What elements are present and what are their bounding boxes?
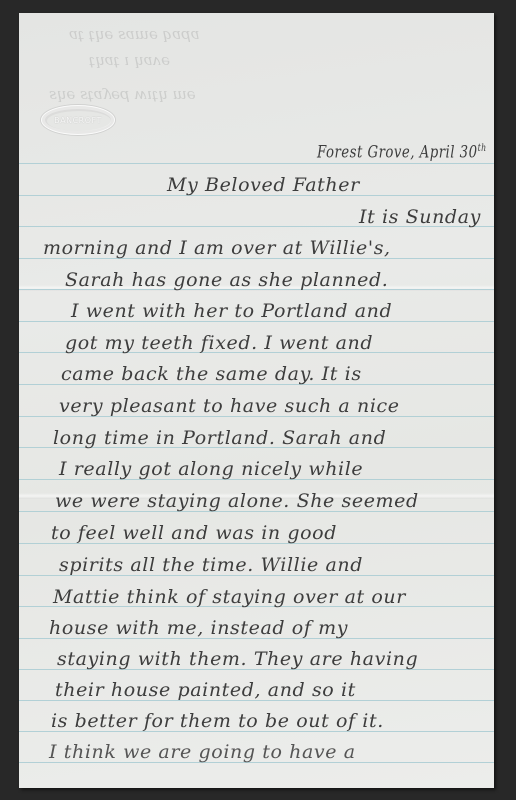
body-line: very pleasant to have such a nice (59, 397, 400, 416)
body-line: is better for them to be out of it. (51, 712, 384, 731)
body-line: we were staying alone. She seemed (55, 492, 419, 511)
body-line: I went with her to Portland and (71, 302, 392, 321)
body-line: their house painted, and so it (55, 681, 356, 700)
body-line: came back the same day. It is (61, 365, 362, 384)
body-line: Sarah has gone as she planned. (65, 271, 388, 290)
salutation: My Beloved Father (167, 176, 360, 195)
stamp-text: BANCROFT (54, 116, 102, 125)
body-line: to feel well and was in good (51, 524, 337, 543)
body-line: I think we are going to have a (49, 743, 356, 762)
body-line: staying with them. They are having (57, 650, 418, 669)
place-date: Forest Grove, April 30 (317, 143, 478, 163)
place-date-line: Forest Grove, April 30th (317, 144, 487, 162)
body-line: Mattie think of staying over at our (53, 588, 406, 607)
bleed-through-text: ǝɯ ɥʇıʍ pǝʎɐʇs ǝɥs (49, 85, 196, 103)
date-suffix: th (478, 143, 487, 154)
body-line: got my teeth fixed. I went and (65, 334, 373, 353)
body-line: spirits all the time. Willie and (59, 556, 363, 575)
body-line: long time in Portland. Sarah and (53, 429, 386, 448)
body-line: It is Sunday (359, 208, 481, 227)
bleed-through-text: ɐpɐq ǝɯɐs ǝɥʇ ʇɐ (69, 25, 200, 43)
body-line: morning and I am over at Willie's, (43, 239, 391, 258)
body-line: I really got along nicely while (59, 460, 363, 479)
letter-page: ɐpɐq ǝɯɐs ǝɥʇ ʇɐ ǝʌɐɥ ı ʇɐɥʇ ǝɯ ɥʇıʍ pǝʎ… (19, 13, 494, 788)
body-line: house with me, instead of my (49, 619, 348, 638)
bleed-through-text: ǝʌɐɥ ı ʇɐɥʇ (89, 51, 170, 69)
ruled-line (19, 163, 494, 164)
document-viewer-background: ɐpɐq ǝɯɐs ǝɥʇ ʇɐ ǝʌɐɥ ı ʇɐɥʇ ǝɯ ɥʇıʍ pǝʎ… (0, 0, 516, 800)
bancroft-emboss-stamp: BANCROFT (41, 105, 115, 135)
